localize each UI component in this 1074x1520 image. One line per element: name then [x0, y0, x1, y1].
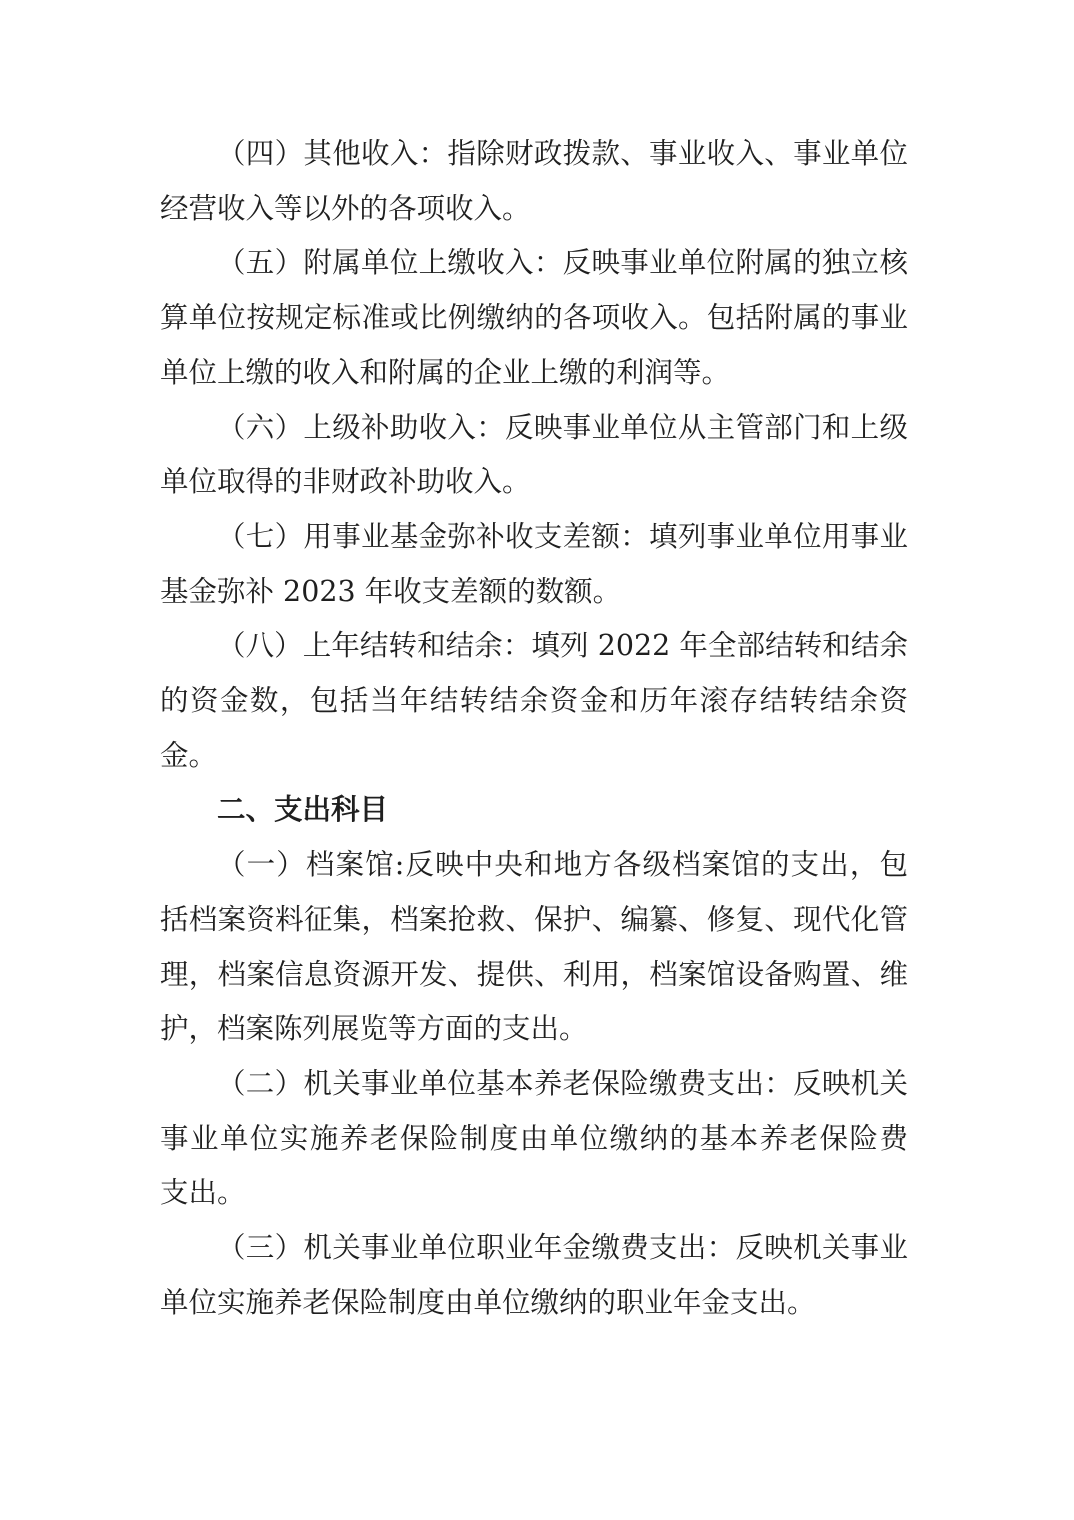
text-line: 单位取得的非财政补助收入。 — [160, 455, 908, 510]
text-line: 的资金数，包括当年结转结余资金和历年滚存结转结余资 — [160, 674, 908, 729]
text-line: （二）机关事业单位基本养老保险缴费支出：反映机关 — [160, 1057, 908, 1112]
document-page: （四）其他收入：指除财政拨款、事业收入、事业单位经营收入等以外的各项收入。（五）… — [0, 0, 1074, 1520]
paragraph: （八）上年结转和结余：填列 2022 年全部结转和结余的资金数，包括当年结转结余… — [160, 619, 908, 783]
text-line: 二、支出科目 — [160, 783, 908, 838]
paragraph: （四）其他收入：指除财政拨款、事业收入、事业单位经营收入等以外的各项收入。 — [160, 127, 908, 236]
paragraph: （三）机关事业单位职业年金缴费支出：反映机关事业单位实施养老保险制度由单位缴纳的… — [160, 1221, 908, 1330]
text-line: 理，档案信息资源开发、提供、利用，档案馆设备购置、维 — [160, 948, 908, 1003]
text-line: 括档案资料征集，档案抢救、保护、编纂、修复、现代化管 — [160, 893, 908, 948]
text-line: （一）档案馆:反映中央和地方各级档案馆的支出，包 — [160, 838, 908, 893]
paragraph: （一）档案馆:反映中央和地方各级档案馆的支出，包括档案资料征集，档案抢救、保护、… — [160, 838, 908, 1057]
text-line: （八）上年结转和结余：填列 2022 年全部结转和结余 — [160, 619, 908, 674]
text-line: （五）附属单位上缴收入：反映事业单位附属的独立核 — [160, 236, 908, 291]
section-heading: 二、支出科目 — [160, 783, 908, 838]
text-line: 金。 — [160, 729, 908, 784]
text-line: 基金弥补 2023 年收支差额的数额。 — [160, 565, 908, 620]
text-line: 护，档案陈列展览等方面的支出。 — [160, 1002, 908, 1057]
text-line: （七）用事业基金弥补收支差额：填列事业单位用事业 — [160, 510, 908, 565]
text-line: 算单位按规定标准或比例缴纳的各项收入。包括附属的事业 — [160, 291, 908, 346]
paragraph: （六）上级补助收入：反映事业单位从主管部门和上级单位取得的非财政补助收入。 — [160, 401, 908, 510]
paragraph: （七）用事业基金弥补收支差额：填列事业单位用事业基金弥补 2023 年收支差额的… — [160, 510, 908, 619]
text-line: （四）其他收入：指除财政拨款、事业收入、事业单位 — [160, 127, 908, 182]
text-line: （六）上级补助收入：反映事业单位从主管部门和上级 — [160, 401, 908, 456]
text-line: 单位上缴的收入和附属的企业上缴的利润等。 — [160, 346, 908, 401]
text-line: 支出。 — [160, 1166, 908, 1221]
text-block: （四）其他收入：指除财政拨款、事业收入、事业单位经营收入等以外的各项收入。（五）… — [160, 127, 908, 1330]
paragraph: （五）附属单位上缴收入：反映事业单位附属的独立核算单位按规定标准或比例缴纳的各项… — [160, 236, 908, 400]
paragraph: （二）机关事业单位基本养老保险缴费支出：反映机关事业单位实施养老保险制度由单位缴… — [160, 1057, 908, 1221]
text-line: 单位实施养老保险制度由单位缴纳的职业年金支出。 — [160, 1276, 908, 1331]
text-line: 经营收入等以外的各项收入。 — [160, 182, 908, 237]
text-line: 事业单位实施养老保险制度由单位缴纳的基本养老保险费 — [160, 1112, 908, 1167]
text-line: （三）机关事业单位职业年金缴费支出：反映机关事业 — [160, 1221, 908, 1276]
